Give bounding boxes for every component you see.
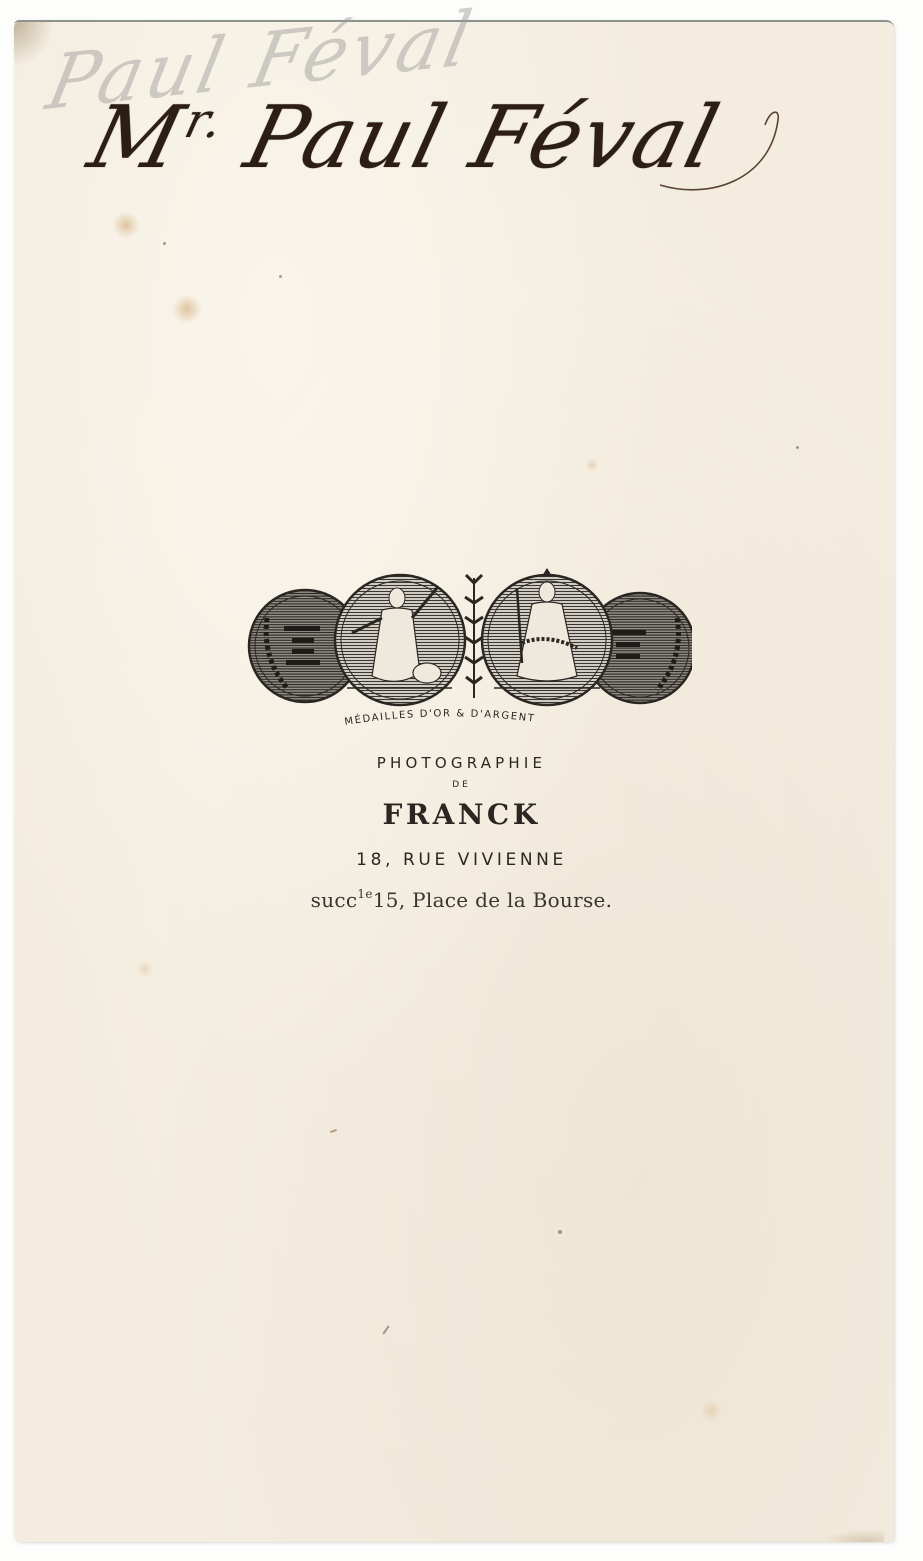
- successor-superscript: 1e: [357, 887, 372, 901]
- corner-wear-bottom-right: [824, 1530, 884, 1542]
- speck: [163, 242, 166, 245]
- medal-obverse-left: [335, 575, 465, 705]
- medal-caption: MÉDAILLES D'OR & D'ARGENT: [344, 708, 536, 728]
- imprint-de: DE: [0, 780, 923, 790]
- successor-prefix: succ: [311, 888, 358, 912]
- successor-line: succ1e15, Place de la Bourse.: [0, 887, 923, 912]
- foxing-spot: [172, 294, 202, 324]
- medal-obverse-right: [482, 568, 612, 705]
- medals-emblem-icon: [232, 548, 692, 728]
- svg-text:MÉDAILLES D'OR & D'ARGENT: MÉDAILLES D'OR & D'ARGENT: [344, 708, 536, 728]
- speck: [796, 446, 799, 449]
- speck: [558, 1230, 562, 1234]
- ink-flourish: [600, 100, 800, 200]
- successor-address: 15, Place de la Bourse.: [373, 888, 613, 912]
- laurel-ornament: [465, 575, 483, 698]
- medal-caption-arc: MÉDAILLES D'OR & D'ARGENT: [335, 703, 595, 743]
- speck: [279, 275, 282, 278]
- foxing-spot: [700, 1400, 722, 1422]
- studio-name: FRANCK: [0, 798, 923, 831]
- corner-wear-top-left: [14, 22, 54, 67]
- imprint-photographie: PHOTOGRAPHIE: [0, 754, 923, 772]
- foxing-spot: [112, 212, 140, 238]
- studio-address: 18, RUE VIVIENNE: [0, 850, 923, 870]
- foxing-spot: [136, 960, 154, 978]
- foxing-spot: [585, 458, 599, 472]
